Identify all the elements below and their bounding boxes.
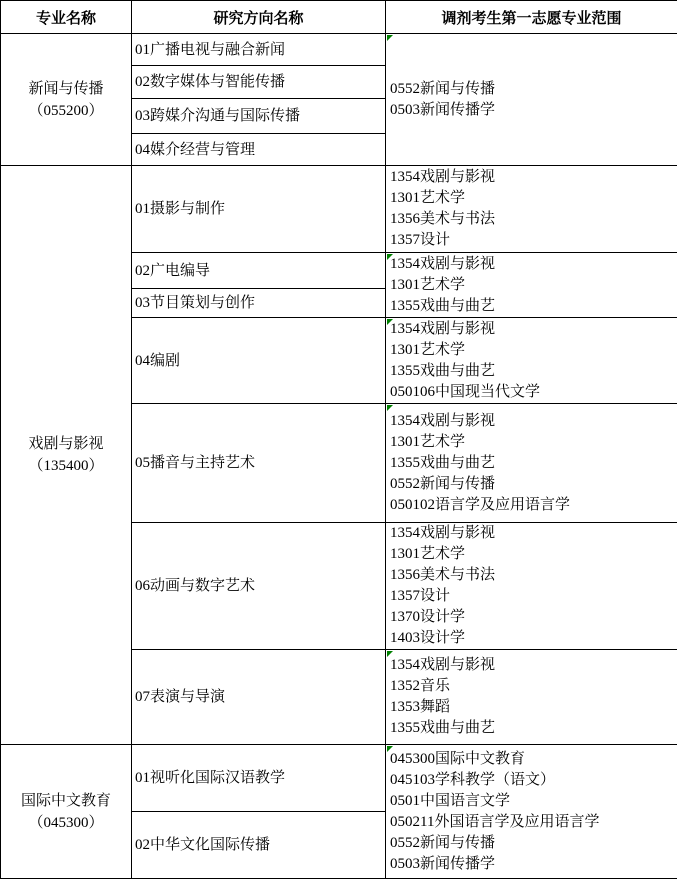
header-major-name: 专业名称	[1, 1, 132, 34]
direction-cell: 04媒介经营与管理	[132, 134, 386, 166]
direction-cell: 07表演与导演	[132, 650, 386, 745]
range-cell: 1354戏剧与影视 1301艺术学 1356美术与书法 1357设计	[386, 166, 677, 253]
direction-cell: 01视听化国际汉语教学	[132, 745, 386, 812]
direction-cell: 01摄影与制作	[132, 166, 386, 253]
range-cell: 1354戏剧与影视 1352音乐 1353舞蹈 1355戏曲与曲艺	[386, 650, 677, 745]
major-name: 新闻与传播	[1, 78, 131, 100]
range-cell: 1354戏剧与影视 1301艺术学 1356美术与书法 1357设计 1370设…	[386, 523, 677, 650]
direction-cell: 05播音与主持艺术	[132, 404, 386, 523]
table-row: 新闻与传播 （055200） 01广播电视与融合新闻 0552新闻与传播 050…	[1, 34, 677, 66]
major-code: （135400）	[1, 455, 131, 477]
range-cell: 0552新闻与传播 0503新闻传播学	[386, 34, 677, 166]
direction-cell: 03跨媒介沟通与国际传播	[132, 99, 386, 134]
table-header-row: 专业名称 研究方向名称 调剂考生第一志愿专业范围	[1, 1, 677, 34]
major-name: 国际中文教育	[1, 790, 131, 812]
major-code: （055200）	[1, 100, 131, 122]
direction-cell: 01广播电视与融合新闻	[132, 34, 386, 66]
direction-cell: 02数字媒体与智能传播	[132, 66, 386, 99]
header-direction-name: 研究方向名称	[132, 1, 386, 34]
direction-cell: 03节目策划与创作	[132, 289, 386, 318]
range-cell: 1354戏剧与影视 1301艺术学 1355戏曲与曲艺	[386, 253, 677, 318]
major-name: 戏剧与影视	[1, 433, 131, 455]
major-cell-drama-film: 戏剧与影视 （135400）	[1, 166, 132, 745]
range-cell: 045300国际中文教育 045103学科教学（语文） 0501中国语言文学 0…	[386, 745, 677, 879]
major-cell-international-chinese: 国际中文教育 （045300）	[1, 745, 132, 879]
table-row: 国际中文教育 （045300） 01视听化国际汉语教学 045300国际中文教育…	[1, 745, 677, 812]
range-cell: 1354戏剧与影视 1301艺术学 1355戏曲与曲艺 0552新闻与传播 05…	[386, 404, 677, 523]
major-cell-journalism: 新闻与传播 （055200）	[1, 34, 132, 166]
direction-cell: 02中华文化国际传播	[132, 812, 386, 879]
direction-cell: 06动画与数字艺术	[132, 523, 386, 650]
table-row: 戏剧与影视 （135400） 01摄影与制作 1354戏剧与影视 1301艺术学…	[1, 166, 677, 253]
major-code: （045300）	[1, 812, 131, 834]
range-cell: 1354戏剧与影视 1301艺术学 1355戏曲与曲艺 050106中国现当代文…	[386, 318, 677, 404]
direction-cell: 04编剧	[132, 318, 386, 404]
header-first-choice-range: 调剂考生第一志愿专业范围	[386, 1, 677, 34]
adjustment-majors-table: 专业名称 研究方向名称 调剂考生第一志愿专业范围 新闻与传播 （055200） …	[0, 0, 677, 879]
direction-cell: 02广电编导	[132, 253, 386, 289]
